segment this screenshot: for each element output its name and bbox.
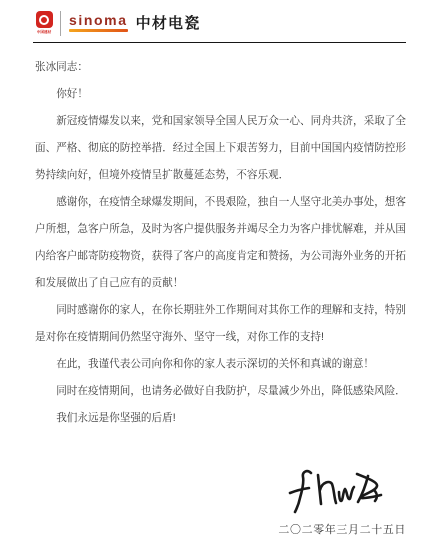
brand-chinese-name: 中材电瓷 — [136, 12, 201, 33]
letter-paragraph: 同时在疫情期间，也请务必做好自我防护，尽量减少外出，降低感染风险． — [35, 378, 406, 405]
cnbm-ring-icon — [39, 15, 49, 25]
letter-body: 张冰同志： 你好！ 新冠疫情爆发以来，党和国家领导全国人民万众一心、同舟共济，采… — [35, 54, 406, 432]
letterhead-rule — [33, 42, 406, 43]
letter-salutation: 张冰同志： — [35, 54, 406, 81]
sinoma-wordmark: sinoma — [69, 13, 128, 32]
letter-greeting: 你好！ — [35, 81, 406, 108]
cnbm-logo-icon — [36, 11, 53, 28]
letter-paragraph: 同时感谢你的家人，在你长期驻外工作期间对其你工作的理解和支持，特别是对你在疫情期… — [35, 297, 406, 351]
header-vertical-divider — [60, 11, 61, 36]
letter-paragraph: 新冠疫情爆发以来，党和国家领导全国人民万众一心、同舟共济，采取了全面、严格、彻底… — [35, 108, 406, 189]
letter-paragraph: 感谢你，在疫情全球爆发期间，不畏艰险，独自一人坚守北美办事处，想客户所想，急客户… — [35, 189, 406, 297]
signature-stroke — [320, 482, 336, 503]
letter-paragraph: 我们永远是你坚强的后盾! — [35, 405, 406, 432]
cnbm-logo-caption: 中国建材 — [37, 29, 51, 34]
letterhead: 中国建材 sinoma 中材电瓷 — [35, 11, 200, 38]
signature-stroke — [290, 488, 309, 493]
sinoma-underline-swoosh-icon — [69, 29, 128, 32]
signature-image — [281, 460, 387, 518]
signature-stroke — [339, 487, 354, 501]
letter-date: 二〇二零年三月二十五日 — [35, 517, 406, 544]
cnbm-logo: 中国建材 — [35, 11, 53, 38]
sinoma-latin-logotype: sinoma — [69, 13, 128, 27]
letter-page: 中国建材 sinoma 中材电瓷 张冰同志： 你好！ 新冠疫情爆发以来，党和国家… — [0, 0, 440, 551]
letter-paragraph: 在此，我谨代表公司向你和你的家人表示深切的关怀和真诚的谢意！ — [35, 351, 406, 378]
